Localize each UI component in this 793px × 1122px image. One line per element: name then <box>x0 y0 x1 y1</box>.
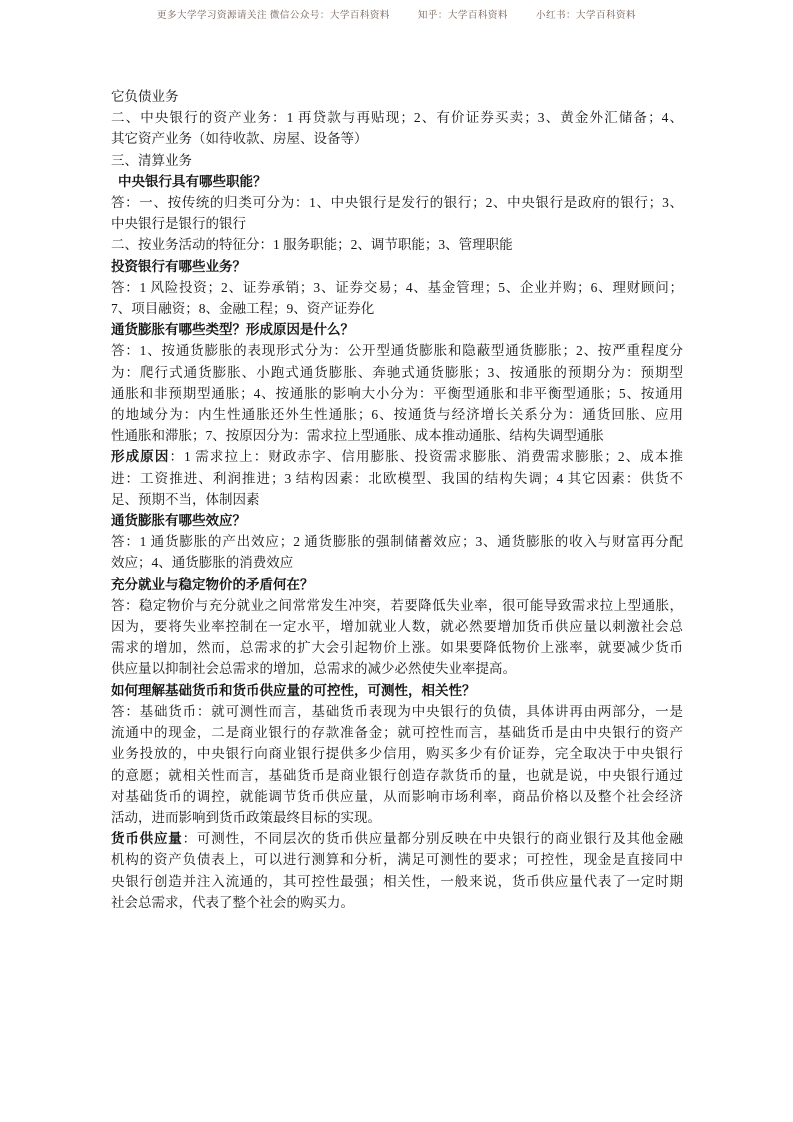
text-line: 需求的增加，然而，总需求的扩大会引起物价上涨。如果要降低物价上涨率，就要减少货币 <box>111 637 683 658</box>
text-line: 性通胀和滞胀；7、按原因分为：需求拉上型通胀、成本推动通胀、结构失调型通胀 <box>111 425 683 446</box>
bold-term: 货币供应量 <box>111 831 183 846</box>
text-line: 答：1、按通货膨胀的表现形式分为：公开型通货膨胀和隐蔽型通货膨胀；2、按严重程度… <box>111 340 683 361</box>
text-line: 二、中央银行的资产业务：1 再贷款与再贴现；2、有价证券买卖；3、黄金外汇储备；… <box>111 107 683 128</box>
text-line: 的地域分为：内生性通胀还外生性通胀；6、按通货与经济增长关系分为：通货回胀、应用 <box>111 404 683 425</box>
text-line: ：1 需求拉上：财政赤字、信用膨胀、投资需求膨胀、消费需求膨胀；2、成本推 <box>169 449 683 464</box>
text-line: 答：1 风险投资；2、证券承销；3、证券交易；4、基金管理；5、企业并购；6、理… <box>111 277 683 298</box>
bold-term: 形成原因 <box>111 449 169 464</box>
text-line: 央银行创造并注入流通的，其可控性最强；相关性，一般来说，货币供应量代表了一定时期 <box>111 871 683 892</box>
text-line: 因为，要将失业率控制在一定水平，增加就业人数，就必然要增加货币供应量以刺激社会总 <box>111 616 683 637</box>
text-line: 的意愿；就相关性而言，基础货币是商业银行创造存款货币的量，也就是说，中央银行通过 <box>111 765 683 786</box>
text-line: 效应；4、通货膨胀的消费效应 <box>111 552 683 573</box>
text-line: 货币供应量：可测性，不同层次的货币供应量都分别反映在中央银行的商业银行及其他金融 <box>111 828 683 849</box>
text-line: 供应量以抑制社会总需求的增加，总需求的减少必然使失业率提高。 <box>111 658 683 679</box>
text-line: 业务投放的，中央银行向商业银行提供多少信用，购买多少有价证券，完全取决于中央银行 <box>111 743 683 764</box>
header-xiaohongshu: 小红书：大学百科资料 <box>536 11 636 21</box>
text-line: 答：1 通货膨胀的产出效应；2 通货膨胀的强制储蓄效应；3、通货膨胀的收入与财富… <box>111 531 683 552</box>
page-header: 更多大学学习资源请关注 微信公众号：大学百科资料知乎：大学百科资料小红书：大学百… <box>0 7 793 21</box>
text-line: 它负债业务 <box>111 86 683 107</box>
text-line: 进：工资推进、利润推进；3 结构因素：北欧模型、我国的结构失调；4 其它因素：供… <box>111 468 683 489</box>
text-line: 活动，进而影响到货币政策最终目标的实现。 <box>111 807 683 828</box>
document-page: 更多大学学习资源请关注 微信公众号：大学百科资料知乎：大学百科资料小红书：大学百… <box>0 0 793 1122</box>
question-heading: 中央银行具有哪些职能？ <box>111 171 683 192</box>
question-heading: 充分就业与稳定物价的矛盾何在？ <box>111 574 683 595</box>
text-line: 社会总需求，代表了整个社会的购买力。 <box>111 892 683 913</box>
question-heading: 如何理解基础货币和货币供应量的可控性，可测性，相关性？ <box>111 680 683 701</box>
text-line: 通胀和非预期型通胀；4、按通胀的影响大小分为：平衡型通胀和非平衡型通胀；5、按通… <box>111 383 683 404</box>
text-line: 对基础货币的调控，就能调节货币供应量，从而影响市场利率，商品价格以及整个社会经济 <box>111 786 683 807</box>
question-heading: 通货膨胀有哪些类型？形成原因是什么？ <box>111 319 683 340</box>
header-wechat-promo: 更多大学学习资源请关注 微信公众号：大学百科资料 <box>157 11 390 21</box>
text-line: 其它资产业务（如待收款、房屋、设备等） <box>111 128 683 149</box>
question-heading: 投资银行有哪些业务？ <box>111 256 683 277</box>
text-line: ：可测性，不同层次的货币供应量都分别反映在中央银行的商业银行及其他金融 <box>183 831 683 846</box>
question-heading: 通货膨胀有哪些效应？ <box>111 510 683 531</box>
text-line: 中央银行是银行的银行 <box>111 213 683 234</box>
text-line: 为：爬行式通货膨胀、小跑式通货膨胀、奔驰式通货膨胀；3、按通胀的预期分为：预期型 <box>111 362 683 383</box>
header-zhihu: 知乎：大学百科资料 <box>418 11 508 21</box>
text-line: 二、按业务活动的特征分：1 服务职能；2、调节职能；3、管理职能 <box>111 234 683 255</box>
text-line: 7、项目融资；8、金融工程；9、资产证券化 <box>111 298 683 319</box>
text-line: 足、预期不当，体制因素 <box>111 489 683 510</box>
text-line: 答：一、按传统的归类可分为：1、中央银行是发行的银行；2、中央银行是政府的银行；… <box>111 192 683 213</box>
document-content: 它负债业务二、中央银行的资产业务：1 再贷款与再贴现；2、有价证券买卖；3、黄金… <box>111 86 683 913</box>
text-line: 形成原因：1 需求拉上：财政赤字、信用膨胀、投资需求膨胀、消费需求膨胀；2、成本… <box>111 446 683 467</box>
text-line: 答：基础货币：就可测性而言，基础货币表现为中央银行的负债，具体讲再由两部分，一是 <box>111 701 683 722</box>
text-line: 答：稳定物价与充分就业之间常常发生冲突，若要降低失业率，很可能导致需求拉上型通胀… <box>111 595 683 616</box>
text-line: 流通中的现金，二是商业银行的存款准备金；就可控性而言，基础货币是由中央银行的资产 <box>111 722 683 743</box>
text-line: 机构的资产负债表上，可以进行测算和分析，满足可测性的要求；可控性，现金是直接同中 <box>111 849 683 870</box>
text-line: 三、清算业务 <box>111 150 683 171</box>
